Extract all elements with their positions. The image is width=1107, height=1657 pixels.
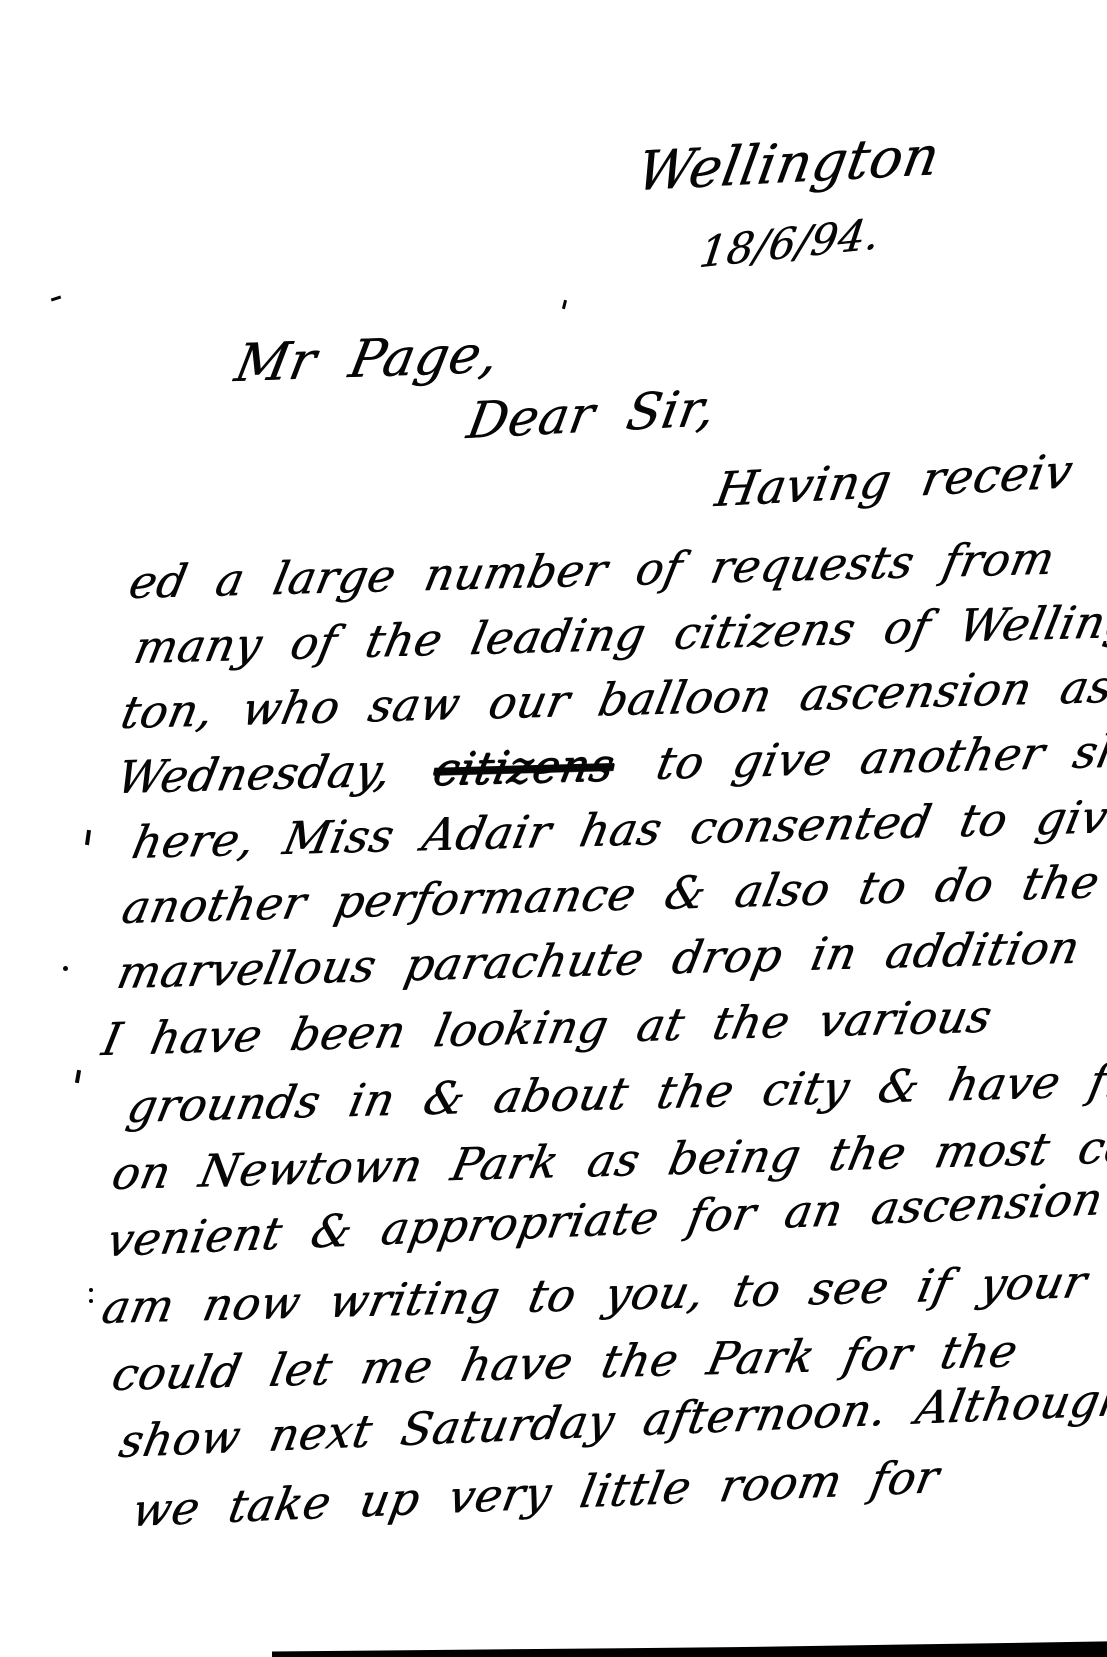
ink-speck [63,966,68,971]
letter-line: ed a large number of requests from [125,532,1060,610]
scan-artifact-bar [272,1640,1107,1657]
letter-page: Wellington 18/6/94. Mr Page, Dear Sir, H… [0,0,1107,1657]
ink-speck [75,1070,81,1083]
letter-recipient: Mr Page, [230,325,504,395]
letter-opening-fragment: Having receiv [711,444,1077,518]
strike-line-before: Wednesday, [113,744,397,804]
letter-line: many of the leading citizens of Welling- [130,594,1107,674]
letter-line: another performance & also to do the [118,855,1105,934]
letter-date: 18/6/94. [696,209,882,278]
letter-line: am now writing to you, to see if your co… [98,1250,1107,1334]
ink-speck [85,830,91,845]
letter-salutation: Dear Sir, [463,379,720,451]
letter-place: Wellington [632,124,944,203]
struck-word: citizens [429,738,620,796]
letter-line: we take up very little room for [128,1450,943,1537]
letter-line: grounds in & about the city & have fixed [123,1052,1107,1134]
letter-line: here, Miss Adair has consented to give . [128,788,1107,869]
strike-line-after: to give another show [652,723,1107,790]
ink-speck [89,1288,93,1292]
letter-line: I have been looking at the various [98,990,997,1067]
ink-speck [562,300,567,309]
ink-speck [51,296,61,302]
letter-line: marvellous parachute drop in addition . [113,920,1107,1000]
